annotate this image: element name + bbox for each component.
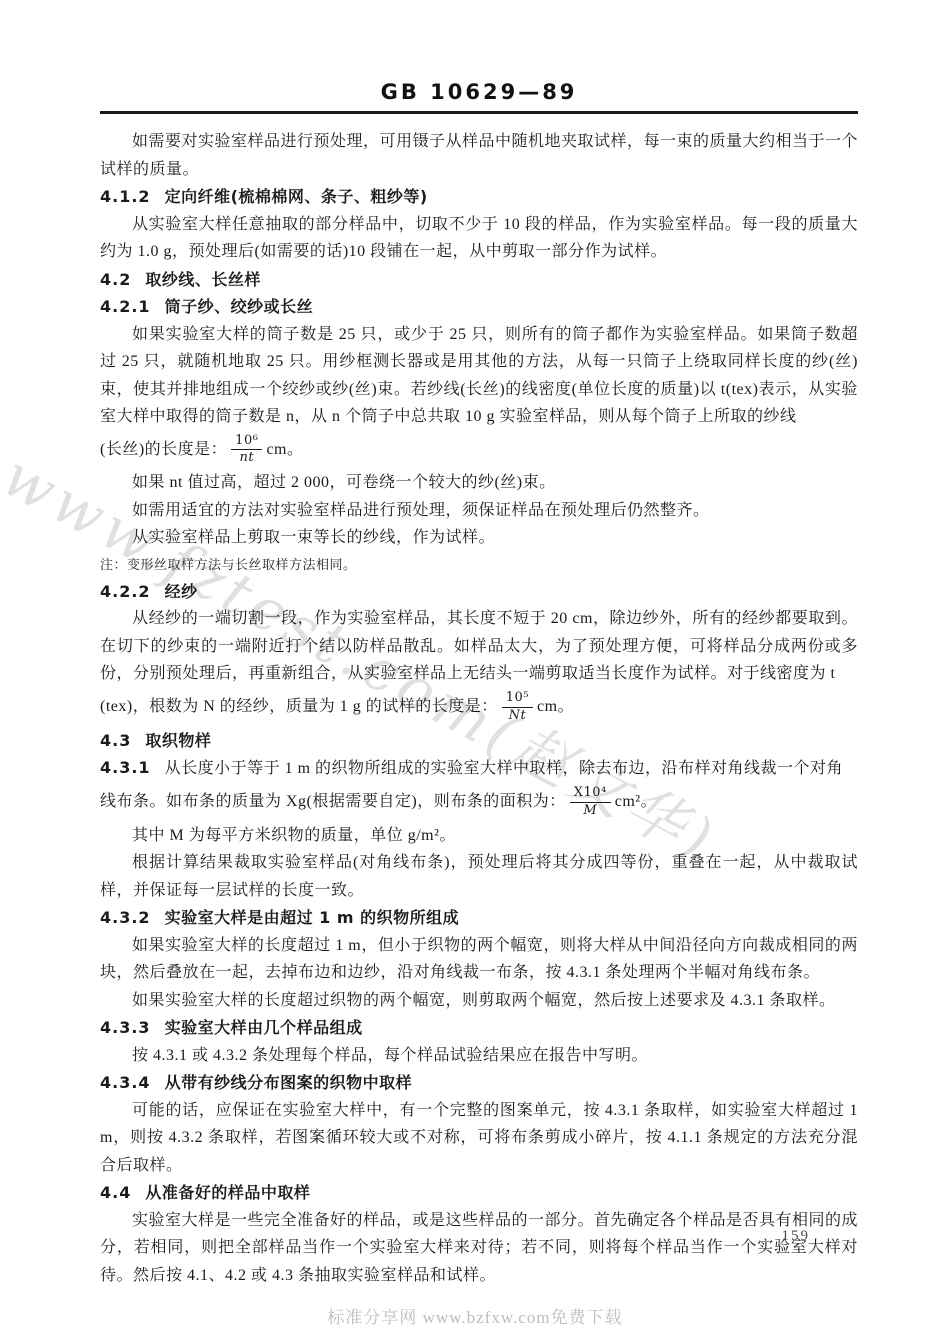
fraction: 10⁵Nt (502, 691, 533, 724)
body-paragraph: 从经纱的一端切割一段，作为实验室样品，其长度不短于 20 cm，除边纱外，所有的… (100, 605, 858, 688)
page-number: 159 (782, 1228, 811, 1245)
formula-line-yarn-length: (长丝)的长度是：10⁶ntcm。 (100, 431, 858, 470)
section-number: 4.1.2 (100, 187, 151, 206)
body-paragraph: 其中 M 为每平方米织物的质量，单位 g/m²。 (100, 822, 858, 850)
section-title: 取纱线、长丝样 (145, 270, 261, 289)
section-title: 从带有纱线分布图案的织物中取样 (165, 1073, 413, 1092)
fraction-numerator: 10⁶ (231, 434, 262, 451)
document-body: 如需要对实验室样品进行预处理，可用镊子从样品中随机地夹取试样，每一束的质量大约相… (100, 128, 858, 1289)
section-title: 定向纤维(梳棉棉网、条子、粗纱等) (165, 187, 428, 206)
fraction-numerator: X10⁴ (570, 786, 611, 803)
body-paragraph: 如果实验室大样的长度超过织物的两个幅宽，则剪取两个幅宽，然后按上述要求及 4.3… (100, 987, 858, 1015)
section-title: 筒子纱、绞纱或长丝 (165, 297, 314, 316)
section-title: 实验室大样是由超过 1 m 的织物所组成 (165, 908, 460, 927)
section-title: 取织物样 (145, 731, 211, 750)
section-heading-4-3: 4.3取织物样 (100, 727, 858, 755)
standard-number-header: GB 10629—89 (100, 80, 858, 104)
body-paragraph: 可能的话，应保证在实验室大样中，有一个完整的图案单元，按 4.3.1 条取样，如… (100, 1097, 858, 1180)
section-heading-4-1-2: 4.1.2定向纤维(梳棉棉网、条子、粗纱等) (100, 183, 858, 211)
section-number: 4.3.3 (100, 1018, 151, 1037)
section-text: 从长度小于等于 1 m 的织物所组成的实验室大样中取样，除去布边，沿布样对角线裁… (165, 760, 843, 777)
scanned-standard-page: www.fztest.com(赵文华) GB 10629—89 如需要对实验室样… (0, 0, 950, 1343)
body-paragraph: 按 4.3.1 或 4.3.2 条处理每个样品，每个样品试验结果应在报告中写明。 (100, 1042, 858, 1070)
section-title: 从准备好的样品中取样 (145, 1183, 310, 1202)
section-heading-4-4: 4.4从准备好的样品中取样 (100, 1179, 858, 1207)
footer-watermark-text: 标准分享网 www.bzfxw.com免费下载 (0, 1303, 950, 1328)
section-number: 4.3.1 (100, 758, 151, 777)
fraction: 10⁶nt (231, 434, 262, 467)
section-title: 经纱 (165, 582, 198, 601)
formula-prefix: 线布条。如布条的质量为 Xg(根据需要自定)，则布条的面积为： (100, 793, 566, 810)
body-paragraph: 从实验室样品上剪取一束等长的纱线，作为试样。 (100, 524, 858, 552)
formula-suffix: cm。 (266, 441, 303, 458)
section-heading-4-2: 4.2取纱线、长丝样 (100, 266, 858, 294)
section-paragraph-4-3-1: 4.3.1从长度小于等于 1 m 的织物所组成的实验室大样中取样，除去布边，沿布… (100, 754, 858, 783)
body-paragraph: 如果实验室大样的长度超过 1 m，但小于织物的两个幅宽，则将大样从中间沿径向方向… (100, 932, 858, 987)
page-content: GB 10629—89 如需要对实验室样品进行预处理，可用镊子从样品中随机地夹取… (100, 0, 858, 1289)
body-paragraph: 如果 nt 值过高，超过 2 000，可卷绕一个较大的纱(丝)束。 (100, 469, 858, 497)
section-heading-4-3-2: 4.3.2实验室大样是由超过 1 m 的织物所组成 (100, 904, 858, 932)
fraction-numerator: 10⁵ (502, 691, 533, 708)
header-rule (100, 111, 858, 114)
fraction-denominator: M (570, 803, 611, 819)
formula-prefix: (长丝)的长度是： (100, 441, 227, 458)
body-paragraph: 从实验室大样任意抽取的部分样品中，切取不少于 10 段的样品，作为实验室样品。每… (100, 211, 858, 266)
body-paragraph: 根据计算结果裁取实验室样品(对角线布条)，预处理后将其分成四等份，重叠在一起，从… (100, 849, 858, 904)
fraction-denominator: Nt (502, 708, 533, 724)
body-paragraph: 如果实验室大样的筒子数是 25 只，或少于 25 只，则所有的筒子都作为实验室样… (100, 321, 858, 431)
section-number: 4.3 (100, 731, 131, 750)
body-paragraph: 如需要对实验室样品进行预处理，可用镊子从样品中随机地夹取试样，每一束的质量大约相… (100, 128, 858, 183)
section-number: 4.2.2 (100, 582, 151, 601)
section-number: 4.2 (100, 270, 131, 289)
section-number: 4.2.1 (100, 297, 151, 316)
formula-suffix: cm。 (537, 698, 574, 715)
body-paragraph: 如需用适宜的方法对实验室样品进行预处理，须保证样品在预处理后仍然整齐。 (100, 497, 858, 525)
section-heading-4-2-1: 4.2.1筒子纱、绞纱或长丝 (100, 293, 858, 321)
section-number: 4.3.2 (100, 908, 151, 927)
body-paragraph: 实验室大样是一些完全准备好的样品，或是这些样品的一部分。首先确定各个样品是否具有… (100, 1207, 858, 1290)
note-line: 注：变形丝取样方法与长丝取样方法相同。 (100, 552, 858, 578)
formula-suffix: cm²。 (615, 793, 657, 810)
formula-line-warp-length: (tex)，根数为 N 的经纱，质量为 1 g 的试样的长度是：10⁵Ntcm。 (100, 688, 858, 727)
fraction-denominator: nt (231, 450, 262, 466)
section-number: 4.3.4 (100, 1073, 151, 1092)
formula-prefix: (tex)，根数为 N 的经纱，质量为 1 g 的试样的长度是： (100, 698, 498, 715)
fraction: X10⁴M (570, 786, 611, 819)
section-heading-4-3-3: 4.3.3实验室大样由几个样品组成 (100, 1014, 858, 1042)
section-number: 4.4 (100, 1183, 131, 1202)
formula-line-strip-area: 线布条。如布条的质量为 Xg(根据需要自定)，则布条的面积为：X10⁴Mcm²。 (100, 783, 858, 822)
section-heading-4-3-4: 4.3.4从带有纱线分布图案的织物中取样 (100, 1069, 858, 1097)
section-title: 实验室大样由几个样品组成 (165, 1018, 363, 1037)
section-heading-4-2-2: 4.2.2经纱 (100, 578, 858, 606)
